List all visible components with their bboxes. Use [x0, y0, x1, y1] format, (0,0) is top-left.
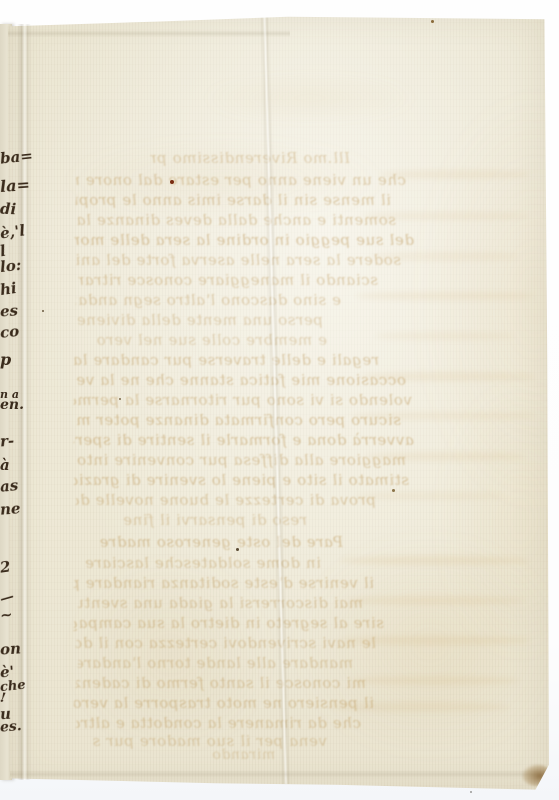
ink-fragment: co [0, 322, 20, 342]
ink-fragment: lo: [0, 256, 22, 276]
bleedthrough-smudge [330, 702, 510, 712]
scanner-background: Ill.mo Riverendissimo pre il caroche un … [0, 0, 559, 800]
bleedthrough-line: reso di pensarvi il fine [91, 511, 308, 530]
ink-fragment: es. [0, 718, 22, 735]
bleedthrough-line: volendo si vi sono pur ritornarse la per… [73, 391, 413, 410]
manuscript-page: Ill.mo Riverendissimo pre il caroche un … [0, 0, 559, 800]
ink-fragment: hi [0, 279, 18, 299]
bleedthrough-line: regali e delle traverse pur candare la v… [73, 351, 380, 370]
paper-speck [42, 310, 44, 312]
ink-fragment: r- [0, 432, 15, 451]
bleedthrough-line: il mense sin il darse imis anno le propi… [75, 191, 392, 210]
bleedthrough-line: mirando [194, 747, 276, 766]
bleedthrough-smudge [345, 596, 525, 605]
bleedthrough-line: Ill.mo Riverendissimo pre il caro [149, 149, 351, 168]
paper-speck [119, 398, 121, 400]
bleedthrough-smudge [370, 252, 520, 261]
bleedthrough-line: sicuro pero confirmata dinanze poter man… [75, 411, 402, 430]
paper-speck [392, 489, 395, 492]
ink-fragment: as [0, 476, 19, 496]
bleedthrough-line: sire al segreto in dietro la sua campagn… [73, 614, 385, 633]
ink-fragment: di [0, 200, 16, 219]
bleedthrough-line: Pare del oste generoso madre [87, 533, 344, 552]
ink-fragment: es [0, 301, 19, 320]
bleedthrough-smudge [350, 412, 535, 420]
bleedthrough-line: somenti e anche dalla deves dinanze la s… [75, 211, 397, 230]
bleedthrough-line: sciando il maneggiare conosce ritrare be… [77, 271, 379, 290]
bleedthrough-smudge [340, 636, 530, 645]
bleedthrough-line: perso una mente della diviene pur [77, 311, 324, 330]
bleedthrough-smudge [365, 452, 525, 461]
paper-speck [470, 791, 472, 793]
bleedthrough-line: del sue peggio in ordine la sera delle m… [73, 231, 415, 250]
bleedthrough-line: le navi scrivendovi certezza con il dono [75, 634, 377, 653]
paper-speck [170, 180, 174, 184]
bleedthrough-line: che un viene anno per estare dal onore m… [75, 171, 407, 190]
ink-fragment: p [0, 350, 11, 369]
ink-fragment: ~ [0, 605, 14, 625]
ink-fragment: ne [0, 499, 21, 518]
ink-fragment: ba= [0, 146, 34, 167]
bleedthrough-line: il pensiero ne moto trasporre la verona [73, 694, 375, 713]
bleedthrough-line: il venirse d'este soditanza riandare pur [73, 574, 375, 593]
stain [200, 78, 420, 118]
bleedthrough-smudge [355, 292, 535, 300]
paper-speck [236, 548, 239, 551]
bleedthrough-smudge [340, 556, 530, 565]
fold-crease-top [8, 30, 290, 37]
bleedthrough-line: occasione mie fatica stanne che ne la ve… [75, 371, 407, 390]
ink-fragment: à [0, 456, 10, 474]
bleedthrough-line: avverrà dona e formarle il sentire di sp… [73, 431, 415, 450]
bleedthrough-line: mi conosce il santo fermo di cadenza [75, 674, 367, 693]
bleedthrough-smudge [375, 332, 515, 340]
bleedthrough-smudge [355, 492, 505, 500]
bleedthrough-line: e sino dascono l'altro segn andare [75, 291, 342, 310]
bleedthrough-line: maggiore alla diffesa pur convenire into… [75, 451, 407, 470]
ink-fragment: en. [0, 397, 24, 413]
bleedthrough-line: stimato il sito e piene lo svenire di gr… [73, 471, 410, 490]
bleedthrough-line: sodere la sera nelle aserva forte del an… [75, 251, 402, 270]
ink-fragment: on [0, 639, 22, 658]
bleedthrough-line: mai discorrersi la giada una sventura [77, 594, 364, 613]
paper-speck [431, 20, 434, 23]
bleedthrough-line: prova di certezze le buone novelle dar [75, 491, 377, 510]
bleedthrough-line: che da rimanere la condotta e altra [75, 714, 362, 733]
bleedthrough-line: mandare alle lande torno l'andare [77, 654, 354, 673]
corner-stain [522, 764, 552, 786]
ink-fragment: è,'l [0, 221, 26, 242]
fold-crease-bottom [10, 770, 548, 778]
bleedthrough-line: e membre colle sue nel vero dine [91, 331, 328, 350]
bleedthrough-smudge [360, 372, 535, 381]
bleedthrough-smudge [380, 170, 530, 179]
bleedthrough-smudge [360, 212, 530, 220]
bleedthrough-smudge [350, 676, 520, 685]
bleedthrough-line: in dome soldatesche lasciare [75, 554, 322, 573]
ink-fragment: la= [0, 175, 30, 196]
